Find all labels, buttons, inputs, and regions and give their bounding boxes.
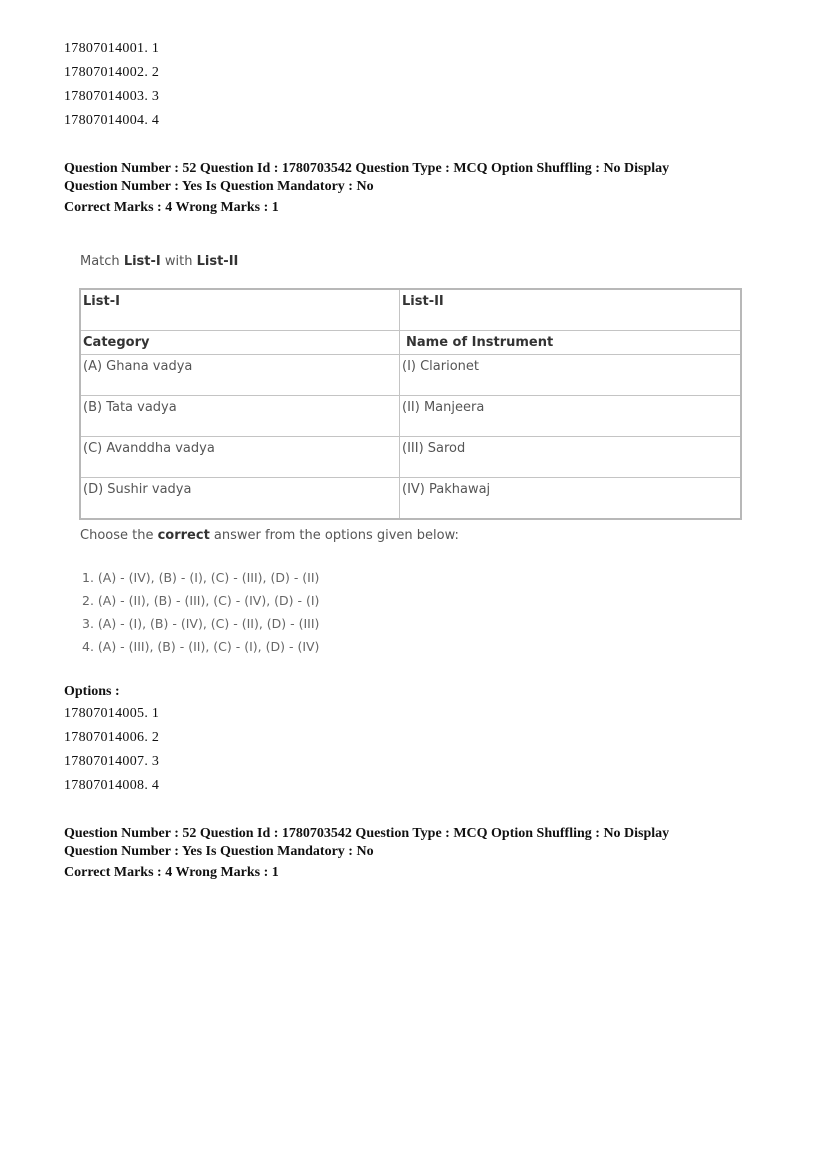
table-row: (B) Tata vadya (II) Manjeera: [80, 396, 741, 437]
option-1: 17807014005. 1: [64, 706, 159, 722]
prev-option-3: 17807014003. 3: [64, 89, 159, 105]
option-id: 17807014002: [64, 65, 144, 80]
next-question-marks: Correct Marks : 4 Wrong Marks : 1: [64, 864, 784, 882]
next-question-meta-line2: Question Number : Yes Is Question Mandat…: [64, 843, 784, 861]
option-id: 17807014001: [64, 41, 144, 56]
option-label: 3: [152, 754, 159, 769]
table-row: (C) Avanddha vadya (III) Sarod: [80, 437, 741, 478]
title-bold-list1: List-I: [124, 254, 161, 269]
title-bold-list2: List-II: [197, 254, 239, 269]
answer-choices: 1. (A) - (IV), (B) - (I), (C) - (III), (…: [82, 566, 319, 658]
table-cell: (A) Ghana vadya: [80, 355, 400, 396]
subheader-category: Category: [80, 331, 400, 355]
answer-choice-3: 3. (A) - (I), (B) - (IV), (C) - (II), (D…: [82, 612, 319, 635]
option-id: 17807014004: [64, 113, 144, 128]
table-cell: (I) Clarionet: [400, 355, 742, 396]
header-list1: List-I: [80, 289, 400, 331]
option-label: 1: [152, 706, 159, 721]
prev-option-2: 17807014002. 2: [64, 65, 159, 81]
instruction-text: answer from the options given below:: [210, 528, 459, 543]
option-3: 17807014007. 3: [64, 754, 159, 770]
table-cell: (II) Manjeera: [400, 396, 742, 437]
option-2: 17807014006. 2: [64, 730, 159, 746]
prev-option-1: 17807014001. 1: [64, 41, 159, 57]
match-table: List-I List-II Category Name of Instrume…: [79, 288, 742, 520]
table-row: (D) Sushir vadya (IV) Pakhawaj: [80, 478, 741, 520]
title-text: with: [161, 254, 197, 269]
option-label: 2: [152, 730, 159, 745]
option-label: 1: [152, 41, 159, 56]
option-id: 17807014006: [64, 730, 144, 745]
title-text: Match: [80, 254, 124, 269]
choose-instruction: Choose the correct answer from the optio…: [80, 528, 459, 543]
table-header-row: List-I List-II: [80, 289, 741, 331]
option-label: 4: [152, 778, 159, 793]
answer-choice-2: 2. (A) - (II), (B) - (III), (C) - (IV), …: [82, 589, 319, 612]
option-label: 4: [152, 113, 159, 128]
option-4: 17807014008. 4: [64, 778, 159, 794]
next-question-meta: Question Number : 52 Question Id : 17807…: [64, 825, 784, 882]
option-id: 17807014008: [64, 778, 144, 793]
table-row: (A) Ghana vadya (I) Clarionet: [80, 355, 741, 396]
question-meta-line2: Question Number : Yes Is Question Mandat…: [64, 178, 784, 196]
table-subheader-row: Category Name of Instrument: [80, 331, 741, 355]
instruction-text: Choose the: [80, 528, 158, 543]
next-question-meta-line1: Question Number : 52 Question Id : 17807…: [64, 825, 784, 843]
header-list2: List-II: [400, 289, 742, 331]
answer-choice-4: 4. (A) - (III), (B) - (II), (C) - (I), (…: [82, 635, 319, 658]
table-cell: (C) Avanddha vadya: [80, 437, 400, 478]
question-title: Match List-I with List-II: [80, 254, 238, 269]
option-id: 17807014003: [64, 89, 144, 104]
options-label: Options :: [64, 684, 120, 700]
question-meta: Question Number : 52 Question Id : 17807…: [64, 160, 784, 217]
option-id: 17807014007: [64, 754, 144, 769]
prev-option-4: 17807014004. 4: [64, 113, 159, 129]
question-marks: Correct Marks : 4 Wrong Marks : 1: [64, 199, 784, 217]
table-cell: (IV) Pakhawaj: [400, 478, 742, 520]
question-meta-line1: Question Number : 52 Question Id : 17807…: [64, 160, 784, 178]
option-id: 17807014005: [64, 706, 144, 721]
table-cell: (B) Tata vadya: [80, 396, 400, 437]
table-cell: (D) Sushir vadya: [80, 478, 400, 520]
subheader-instrument: Name of Instrument: [400, 331, 742, 355]
option-label: 3: [152, 89, 159, 104]
table-cell: (III) Sarod: [400, 437, 742, 478]
answer-choice-1: 1. (A) - (IV), (B) - (I), (C) - (III), (…: [82, 566, 319, 589]
option-label: 2: [152, 65, 159, 80]
instruction-bold: correct: [158, 528, 210, 543]
